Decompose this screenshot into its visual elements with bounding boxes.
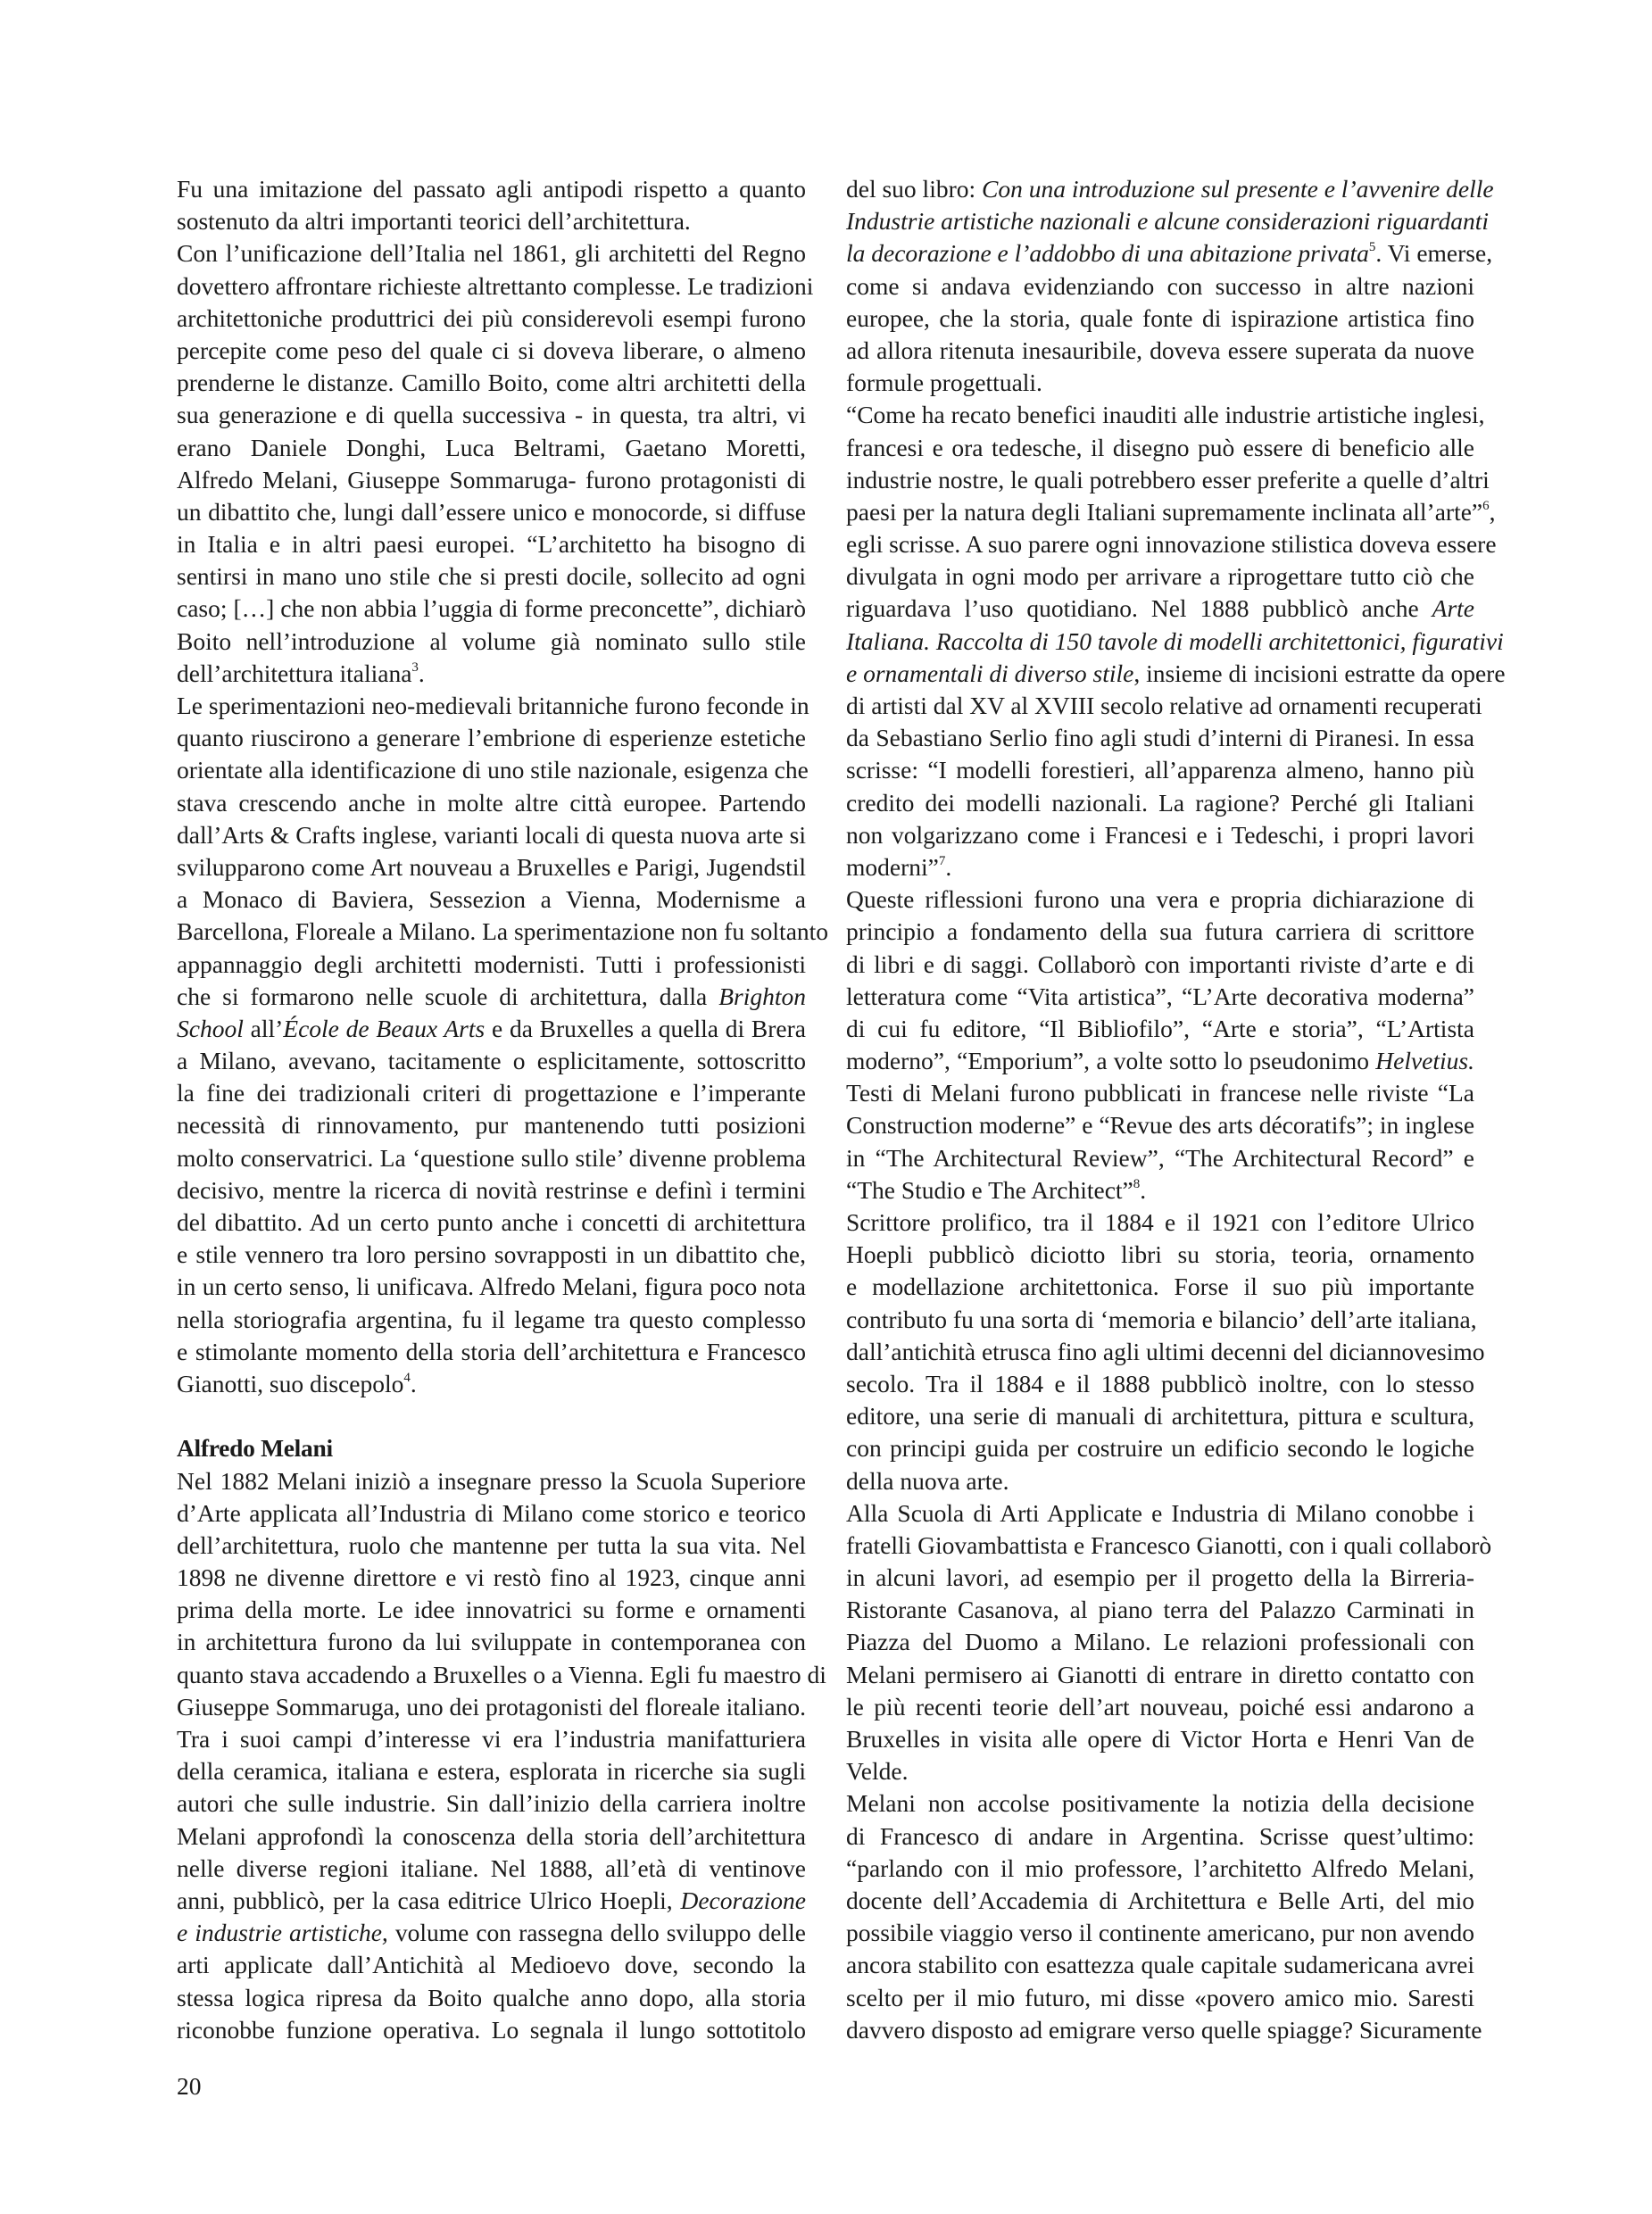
text-run: . — [419, 659, 425, 687]
text-run: letteratura come “Vita artistica”, “L’Ar… — [846, 983, 1474, 1010]
text-run: “The Studio e The Architect” — [846, 1176, 1133, 1204]
text-line: paesi per la natura degli Italiani supre… — [846, 496, 1474, 528]
text-line: dall’antichità etrusca fino agli ultimi … — [846, 1336, 1474, 1368]
text-line: appannaggio degli architetti modernisti.… — [177, 949, 806, 981]
text-run: un dibattito che, lungi dall’essere unic… — [177, 498, 806, 526]
text-line: “parlando con il mio professore, l’archi… — [846, 1853, 1474, 1885]
text-run: Boito nell’introduzione al volume già no… — [177, 627, 806, 655]
text-line: docente dell’Accademia di Architettura e… — [846, 1885, 1474, 1917]
text-run: sentirsi in mano uno stile che si presti… — [177, 562, 806, 590]
text-line: Fu una imitazione del passato agli antip… — [177, 173, 806, 205]
footnote-ref: 6 — [1482, 499, 1490, 513]
text-run: prenderne le distanze. Camillo Boito, co… — [177, 369, 806, 396]
paragraph: Queste riflessioni furono una vera e pro… — [846, 883, 1474, 1207]
text-run: dall’Arts & Crafts inglese, varianti loc… — [177, 821, 806, 849]
text-line: Italiana. Raccolta di 150 tavole di mode… — [846, 626, 1474, 658]
text-run: . Vi emerse, — [1375, 239, 1492, 267]
text-line: decisivo, mentre la ricerca di novità re… — [177, 1174, 806, 1207]
text-run: anni, pubblicò, per la casa editrice Ulr… — [177, 1886, 680, 1914]
text-line: autori che sulle industrie. Sin dall’ini… — [177, 1787, 806, 1820]
text-line: a Milano, avevano, tacitamente o esplici… — [177, 1045, 806, 1077]
text-line: di libri e di saggi. Collaborò con impor… — [846, 949, 1474, 981]
text-run: dell’architettura, ruolo che mantenne pe… — [177, 1531, 806, 1559]
text-run: , insieme di incisioni estratte da opere — [1133, 659, 1505, 687]
text-run: e stimolante momento della storia dell’a… — [177, 1338, 806, 1365]
text-line: contributo fu una sorta di ‘memoria e bi… — [846, 1304, 1474, 1336]
text-line: principio a fondamento della sua futura … — [846, 916, 1474, 948]
text-line: in Italia e in altri paesi europei. “L’a… — [177, 528, 806, 560]
text-run: le più recenti teorie dell’art nouveau, … — [846, 1693, 1474, 1721]
text-run: “parlando con il mio professore, l’archi… — [846, 1854, 1474, 1882]
italic-title: School — [177, 1015, 244, 1042]
text-run: davvero disposto ad emigrare verso quell… — [846, 2016, 1482, 2044]
text-line: ancora stabilito con esattezza quale cap… — [846, 1949, 1474, 1981]
text-line: Queste riflessioni furono una vera e pro… — [846, 883, 1474, 916]
text-line: le più recenti teorie dell’art nouveau, … — [846, 1691, 1474, 1723]
text-line: prenderne le distanze. Camillo Boito, co… — [177, 367, 806, 399]
italic-title: Helvetius. — [1375, 1047, 1474, 1074]
text-run: orientate alla identificazione di uno st… — [177, 756, 809, 784]
text-line: Melani permisero ai Gianotti di entrare … — [846, 1659, 1474, 1691]
text-line: e ornamentali di diverso stile, insieme … — [846, 658, 1474, 690]
text-run: nella storiografia argentina, fu il lega… — [177, 1306, 806, 1333]
text-line: Construction moderne” e “Revue des arts … — [846, 1109, 1474, 1141]
text-run: di artisti dal XV al XVIII secolo relati… — [846, 692, 1482, 719]
text-run: sostenuto da altri importanti teorici de… — [177, 207, 691, 235]
text-run: percepite come peso del quale ci si dove… — [177, 336, 806, 364]
text-line: la decorazione e l’addobbo di una abitaz… — [846, 237, 1474, 269]
text-line: di artisti dal XV al XVIII secolo relati… — [846, 690, 1474, 722]
text-line: stessa logica ripresa da Boito qualche a… — [177, 1982, 806, 2014]
text-run: decisivo, mentre la ricerca di novità re… — [177, 1176, 806, 1204]
text-run: moderno”, “Emporium”, a volte sotto lo p… — [846, 1047, 1375, 1074]
italic-title: Con una introduzione sul presente e l’av… — [982, 175, 1494, 203]
text-run: industrie nostre, le quali potrebbero es… — [846, 466, 1490, 493]
text-line: francesi e ora tedesche, il disegno può … — [846, 432, 1474, 464]
text-run: Giuseppe Sommaruga, uno dei protagonisti… — [177, 1693, 806, 1721]
text-run: stessa logica ripresa da Boito qualche a… — [177, 1984, 806, 2011]
text-line: School all’École de Beaux Arts e da Brux… — [177, 1013, 806, 1045]
section-heading: Alfredo Melani — [177, 1432, 806, 1464]
text-line: e stimolante momento della storia dell’a… — [177, 1336, 806, 1368]
text-run: scrisse: “I modelli forestieri, all’appa… — [846, 756, 1474, 784]
text-line: un dibattito che, lungi dall’essere unic… — [177, 496, 806, 528]
text-run: francesi e ora tedesche, il disegno può … — [846, 434, 1474, 461]
text-run: molto conservatrici. La ‘questione sullo… — [177, 1144, 806, 1172]
text-line: e modellazione architettonica. Forse il … — [846, 1271, 1474, 1303]
text-line: Testi di Melani furono pubblicati in fra… — [846, 1077, 1474, 1109]
text-run: e da Bruxelles a quella di Brera — [485, 1015, 806, 1042]
text-run: dell’architettura italiana — [177, 659, 411, 687]
text-line: quanto riuscirono a generare l’embrione … — [177, 722, 806, 754]
italic-title: e industrie artistiche, — [177, 1919, 388, 1946]
text-run: Scrittore prolifico, tra il 1884 e il 19… — [846, 1208, 1474, 1236]
footnote-ref: 3 — [411, 660, 419, 675]
text-run: Le sperimentazioni neo-medievali britann… — [177, 692, 809, 719]
text-line: in “The Architectural Review”, “The Arch… — [846, 1142, 1474, 1174]
text-line: prima della morte. Le idee innovatrici s… — [177, 1594, 806, 1626]
text-run: della ceramica, italiana e estera, esplo… — [177, 1757, 806, 1785]
text-line: formule progettuali. — [846, 367, 1474, 399]
text-run: svilupparono come Art nouveau a Bruxelle… — [177, 853, 806, 881]
text-run: editore, una serie di manuali di archite… — [846, 1402, 1474, 1430]
footnote-ref: 5 — [1369, 240, 1376, 254]
text-run: . — [1140, 1176, 1146, 1204]
text-line: Ristorante Casanova, al piano terra del … — [846, 1594, 1474, 1626]
text-run: egli scrisse. A suo parere ogni innovazi… — [846, 530, 1497, 558]
text-run: credito dei modelli nazionali. La ragion… — [846, 789, 1474, 817]
text-line: sostenuto da altri importanti teorici de… — [177, 205, 806, 237]
page-number: 20 — [177, 2072, 202, 2101]
text-line: egli scrisse. A suo parere ogni innovazi… — [846, 528, 1474, 560]
paragraph: “Come ha recato benefici inauditi alle i… — [846, 399, 1474, 883]
text-run: paesi per la natura degli Italiani supre… — [846, 498, 1482, 526]
text-line: Giuseppe Sommaruga, uno dei protagonisti… — [177, 1691, 806, 1723]
text-line: Boito nell’introduzione al volume già no… — [177, 626, 806, 658]
text-run: architettoniche produttrici dei più cons… — [177, 304, 806, 332]
footnote-ref: 7 — [939, 854, 946, 868]
text-run: , — [1490, 498, 1496, 526]
italic-title: Italiana. Raccolta di 150 tavole di mode… — [846, 627, 1504, 655]
text-line: sua generazione e di quella successiva -… — [177, 399, 806, 431]
text-run: appannaggio degli architetti modernisti.… — [177, 950, 806, 978]
text-run: Alfredo Melani, Giuseppe Sommaruga- furo… — [177, 466, 806, 493]
text-line: Con l’unificazione dell’Italia nel 1861,… — [177, 237, 806, 269]
text-run: moderni” — [846, 853, 939, 881]
paragraph: Con l’unificazione dell’Italia nel 1861,… — [177, 237, 806, 690]
text-run: docente dell’Accademia di Architettura e… — [846, 1886, 1474, 1914]
text-line: stava crescendo anche in molte altre cit… — [177, 787, 806, 819]
text-run: con principi guida per costruire un edif… — [846, 1434, 1474, 1462]
text-run: e modellazione architettonica. Forse il … — [846, 1273, 1474, 1300]
text-line: dell’architettura, ruolo che mantenne pe… — [177, 1530, 806, 1562]
text-run: all’ — [244, 1015, 283, 1042]
text-run: da Sebastiano Serlio fino agli studi d’i… — [846, 724, 1474, 751]
italic-title: Brighton — [718, 983, 806, 1010]
text-run: formule progettuali. — [846, 369, 1042, 396]
text-line: secolo. Tra il 1884 e il 1888 pubblicò i… — [846, 1368, 1474, 1400]
italic-title: e ornamentali di diverso stile — [846, 659, 1133, 687]
text-line: industrie nostre, le quali potrebbero es… — [846, 464, 1474, 496]
text-line: Barcellona, Floreale a Milano. La sperim… — [177, 916, 806, 948]
text-run: necessità di rinnovamento, pur mantenend… — [177, 1111, 806, 1139]
text-line: in un certo senso, li unificava. Alfredo… — [177, 1271, 806, 1303]
text-line: Gianotti, suo discepolo4. — [177, 1368, 806, 1400]
text-run: di cui fu editore, “Il Bibliofilo”, “Art… — [846, 1015, 1474, 1042]
text-run: in alcuni lavori, ad esempio per il prog… — [846, 1563, 1474, 1591]
text-line: Alla Scuola di Arti Applicate e Industri… — [846, 1497, 1474, 1530]
text-line: dall’Arts & Crafts inglese, varianti loc… — [177, 819, 806, 851]
text-run: a Monaco di Baviera, Sessezion a Vienna,… — [177, 885, 806, 913]
text-line: quanto stava accadendo a Bruxelles o a V… — [177, 1659, 806, 1691]
text-run: del suo libro: — [846, 175, 982, 203]
text-line: Alfredo Melani, Giuseppe Sommaruga- furo… — [177, 464, 806, 496]
text-run: e stile vennero tra loro persino sovrapp… — [177, 1240, 806, 1268]
text-line: in alcuni lavori, ad esempio per il prog… — [846, 1562, 1474, 1594]
text-run: della nuova arte. — [846, 1467, 1009, 1495]
text-line: da Sebastiano Serlio fino agli studi d’i… — [846, 722, 1474, 754]
text-line: “Come ha recato benefici inauditi alle i… — [846, 399, 1474, 431]
footnote-ref: 8 — [1133, 1177, 1141, 1191]
text-run: Testi di Melani furono pubblicati in fra… — [846, 1079, 1474, 1107]
text-line: dovettero affrontare richieste altrettan… — [177, 270, 806, 303]
text-line: Nel 1882 Melani iniziò a insegnare press… — [177, 1465, 806, 1497]
text-line: Tra i suoi campi d’interesse vi era l’in… — [177, 1723, 806, 1755]
text-line: come si andava evidenziando con successo… — [846, 270, 1474, 303]
text-line: d’Arte applicata all’Industria di Milano… — [177, 1497, 806, 1530]
text-line: del dibattito. Ad un certo punto anche i… — [177, 1207, 806, 1239]
text-run: dovettero affrontare richieste altrettan… — [177, 272, 813, 300]
text-run: Piazza del Duomo a Milano. Le relazioni … — [846, 1628, 1474, 1655]
text-run: volume con rassegna dello sviluppo delle — [388, 1919, 806, 1946]
text-run: Barcellona, Floreale a Milano. La sperim… — [177, 917, 828, 945]
text-run: in “The Architectural Review”, “The Arch… — [846, 1144, 1474, 1172]
text-line: Hoepli pubblicò diciotto libri su storia… — [846, 1239, 1474, 1271]
text-line: moderno”, “Emporium”, a volte sotto lo p… — [846, 1045, 1474, 1077]
text-run: la fine dei tradizionali criteri di prog… — [177, 1079, 806, 1107]
text-run: scelto per il mio futuro, mi disse «pove… — [846, 1984, 1474, 2011]
italic-title: École de Beaux Arts — [283, 1015, 485, 1042]
paragraph: Le sperimentazioni neo-medievali britann… — [177, 690, 806, 1400]
text-run: Ristorante Casanova, al piano terra del … — [846, 1596, 1474, 1623]
text-run: principio a fondamento della sua futura … — [846, 917, 1474, 945]
text-run: divulgata in ogni modo per arrivare a ri… — [846, 562, 1474, 590]
text-line: moderni”7. — [846, 851, 1474, 883]
text-run: di libri e di saggi. Collaborò con impor… — [846, 950, 1474, 978]
text-run: riconobbe funzione operativa. Lo segnala… — [177, 2016, 806, 2044]
text-run: Melani approfondì la conoscenza della st… — [177, 1822, 806, 1850]
text-line: 1898 ne divenne direttore e vi restò fin… — [177, 1562, 806, 1594]
text-line: e industrie artistiche, volume con rasse… — [177, 1917, 806, 1949]
text-line: scrisse: “I modelli forestieri, all’appa… — [846, 754, 1474, 786]
text-line: della ceramica, italiana e estera, esplo… — [177, 1755, 806, 1787]
text-run: Con l’unificazione dell’Italia nel 1861,… — [177, 239, 806, 267]
text-line: dell’architettura italiana3. — [177, 658, 806, 690]
text-run: Gianotti, suo discepolo — [177, 1370, 403, 1397]
text-line: credito dei modelli nazionali. La ragion… — [846, 787, 1474, 819]
text-run: Tra i suoi campi d’interesse vi era l’in… — [177, 1725, 806, 1753]
text-run: Alla Scuola di Arti Applicate e Industri… — [846, 1499, 1474, 1527]
text-line: caso; […] che non abbia l’uggia di forme… — [177, 593, 806, 625]
text-run: prima della morte. Le idee innovatrici s… — [177, 1596, 806, 1623]
text-run: d’Arte applicata all’Industria di Milano… — [177, 1499, 806, 1527]
footnote-ref: 4 — [403, 1371, 411, 1385]
paragraph: Fu una imitazione del passato agli antip… — [177, 173, 806, 237]
text-run: quanto riuscirono a generare l’embrione … — [177, 724, 806, 751]
text-line: sentirsi in mano uno stile che si presti… — [177, 560, 806, 593]
text-run: in Italia e in altri paesi europei. “L’a… — [177, 530, 806, 558]
text-run: stava crescendo anche in molte altre cit… — [177, 789, 806, 817]
text-line: letteratura come “Vita artistica”, “L’Ar… — [846, 981, 1474, 1013]
document-page: Fu una imitazione del passato agli antip… — [0, 0, 1652, 2214]
text-run: riguardava l’uso quotidiano. Nel 1888 pu… — [846, 594, 1432, 622]
text-run: quanto stava accadendo a Bruxelles o a V… — [177, 1661, 826, 1688]
text-line: riconobbe funzione operativa. Lo segnala… — [177, 2014, 806, 2046]
paragraph: Nel 1882 Melani iniziò a insegnare press… — [177, 1465, 806, 2046]
text-line: architettoniche produttrici dei più cons… — [177, 303, 806, 335]
text-line: di cui fu editore, “Il Bibliofilo”, “Art… — [846, 1013, 1474, 1045]
text-line: scelto per il mio futuro, mi disse «pove… — [846, 1982, 1474, 2014]
text-line: necessità di rinnovamento, pur mantenend… — [177, 1109, 806, 1141]
text-run: sua generazione e di quella successiva -… — [177, 401, 806, 428]
text-line: svilupparono come Art nouveau a Bruxelle… — [177, 851, 806, 883]
paragraph: Alla Scuola di Arti Applicate e Industri… — [846, 1497, 1474, 1788]
paragraph: del suo libro: Con una introduzione sul … — [846, 173, 1474, 399]
italic-title: Decorazione — [680, 1886, 806, 1914]
text-line: Piazza del Duomo a Milano. Le relazioni … — [846, 1626, 1474, 1658]
text-run: Queste riflessioni furono una vera e pro… — [846, 885, 1474, 913]
text-line: editore, una serie di manuali di archite… — [846, 1400, 1474, 1432]
text-line: e stile vennero tra loro persino sovrapp… — [177, 1239, 806, 1271]
text-run: Fu una imitazione del passato agli antip… — [177, 175, 806, 203]
text-run: che si formarono nelle scuole di archite… — [177, 983, 718, 1010]
text-run: ancora stabilito con esattezza quale cap… — [846, 1951, 1474, 1978]
text-run: Melani non accolse positivamente la noti… — [846, 1789, 1474, 1817]
text-run: secolo. Tra il 1884 e il 1888 pubblicò i… — [846, 1370, 1474, 1397]
text-line: europee, che la storia, quale fonte di i… — [846, 303, 1474, 335]
text-line: nelle diverse regioni italiane. Nel 1888… — [177, 1853, 806, 1885]
text-line: percepite come peso del quale ci si dove… — [177, 335, 806, 367]
text-run: “Come ha recato benefici inauditi alle i… — [846, 401, 1485, 428]
text-run: europee, che la storia, quale fonte di i… — [846, 304, 1474, 332]
text-line: ad allora ritenuta inesauribile, doveva … — [846, 335, 1474, 367]
text-run: possibile viaggio verso il continente am… — [846, 1919, 1474, 1946]
right-column: del suo libro: Con una introduzione sul … — [846, 173, 1474, 2046]
text-line: riguardava l’uso quotidiano. Nel 1888 pu… — [846, 593, 1474, 625]
text-line: Le sperimentazioni neo-medievali britann… — [177, 690, 806, 722]
text-run: . — [945, 853, 951, 881]
paragraph: Scrittore prolifico, tra il 1884 e il 19… — [846, 1207, 1474, 1497]
text-line: Scrittore prolifico, tra il 1884 e il 19… — [846, 1207, 1474, 1239]
text-line: orientate alla identificazione di uno st… — [177, 754, 806, 786]
text-line: davvero disposto ad emigrare verso quell… — [846, 2014, 1474, 2046]
text-line: la fine dei tradizionali criteri di prog… — [177, 1077, 806, 1109]
text-line: Bruxelles in visita alle opere di Victor… — [846, 1723, 1474, 1755]
text-run: Melani permisero ai Gianotti di entrare … — [846, 1661, 1474, 1688]
text-run: di Francesco di andare in Argentina. Scr… — [846, 1822, 1474, 1850]
text-run: autori che sulle industrie. Sin dall’ini… — [177, 1789, 806, 1817]
text-line: della nuova arte. — [846, 1465, 1474, 1497]
text-line: Velde. — [846, 1755, 1474, 1787]
text-line: Industrie artistiche nazionali e alcune … — [846, 205, 1474, 237]
text-run: . — [411, 1370, 417, 1397]
text-run: caso; […] che non abbia l’uggia di forme… — [177, 594, 806, 622]
text-run: fratelli Giovambattista e Francesco Gian… — [846, 1531, 1491, 1559]
text-line: di Francesco di andare in Argentina. Scr… — [846, 1820, 1474, 1853]
text-run: in architettura furono da lui sviluppate… — [177, 1628, 806, 1655]
text-line: possibile viaggio verso il continente am… — [846, 1917, 1474, 1949]
text-run: in un certo senso, li unificava. Alfredo… — [177, 1273, 806, 1300]
text-run: contributo fu una sorta di ‘memoria e bi… — [846, 1306, 1477, 1333]
text-line: che si formarono nelle scuole di archite… — [177, 981, 806, 1013]
text-line: fratelli Giovambattista e Francesco Gian… — [846, 1530, 1474, 1562]
text-line: non volgarizzano come i Francesi e i Ted… — [846, 819, 1474, 851]
text-line: arti applicate dall’Antichità al Medioev… — [177, 1949, 806, 1981]
italic-title: Arte — [1432, 594, 1474, 622]
text-run: a Milano, avevano, tacitamente o esplici… — [177, 1047, 806, 1074]
text-run: del dibattito. Ad un certo punto anche i… — [177, 1208, 806, 1236]
paragraph-gap — [177, 1400, 806, 1432]
text-run: Nel 1882 Melani iniziò a insegnare press… — [177, 1467, 806, 1495]
text-line: a Monaco di Baviera, Sessezion a Vienna,… — [177, 883, 806, 916]
text-line: del suo libro: Con una introduzione sul … — [846, 173, 1474, 205]
text-line: nella storiografia argentina, fu il lega… — [177, 1304, 806, 1336]
text-run: come si andava evidenziando con successo… — [846, 272, 1474, 300]
text-line: Melani approfondì la conoscenza della st… — [177, 1820, 806, 1853]
paragraph: Melani non accolse positivamente la noti… — [846, 1787, 1474, 2046]
text-run: nelle diverse regioni italiane. Nel 1888… — [177, 1854, 806, 1882]
text-run: Bruxelles in visita alle opere di Victor… — [846, 1725, 1474, 1753]
text-run: Velde. — [846, 1757, 909, 1785]
text-line: in architettura furono da lui sviluppate… — [177, 1626, 806, 1658]
text-line: con principi guida per costruire un edif… — [846, 1432, 1474, 1464]
text-run: 1898 ne divenne direttore e vi restò fin… — [177, 1563, 806, 1591]
text-run: ad allora ritenuta inesauribile, doveva … — [846, 336, 1474, 364]
text-run: Hoepli pubblicò diciotto libri su storia… — [846, 1240, 1474, 1268]
text-line: molto conservatrici. La ‘questione sullo… — [177, 1142, 806, 1174]
text-run: non volgarizzano come i Francesi e i Ted… — [846, 821, 1474, 849]
text-run: dall’antichità etrusca fino agli ultimi … — [846, 1338, 1485, 1365]
text-line: divulgata in ogni modo per arrivare a ri… — [846, 560, 1474, 593]
text-run: arti applicate dall’Antichità al Medioev… — [177, 1951, 806, 1978]
text-run: Construction moderne” e “Revue des arts … — [846, 1111, 1474, 1139]
italic-title: la decorazione e l’addobbo di una abitaz… — [846, 239, 1369, 267]
text-run: erano Daniele Donghi, Luca Beltrami, Gae… — [177, 434, 806, 461]
italic-title: Industrie artistiche nazionali e alcune … — [846, 207, 1489, 235]
text-line: erano Daniele Donghi, Luca Beltrami, Gae… — [177, 432, 806, 464]
left-column: Fu una imitazione del passato agli antip… — [177, 173, 806, 2046]
text-line: “The Studio e The Architect”8. — [846, 1174, 1474, 1207]
text-line: anni, pubblicò, per la casa editrice Ulr… — [177, 1885, 806, 1917]
text-line: Melani non accolse positivamente la noti… — [846, 1787, 1474, 1820]
